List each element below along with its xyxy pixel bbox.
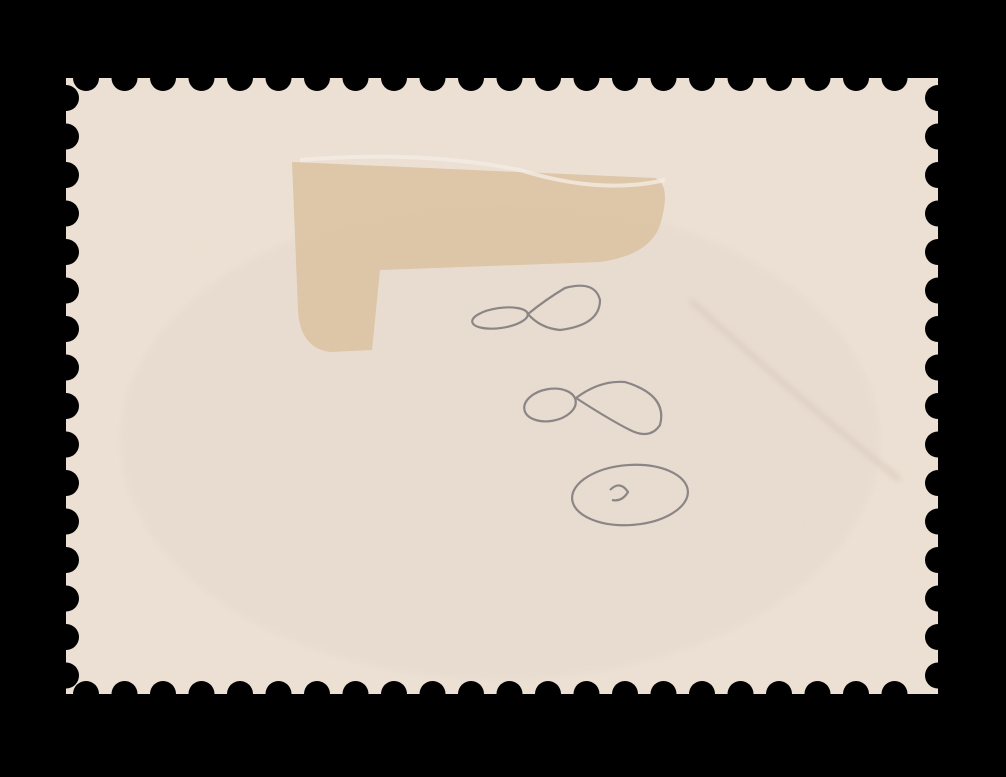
stamp-paper <box>66 78 938 694</box>
stamp-back-photo <box>0 0 1006 777</box>
